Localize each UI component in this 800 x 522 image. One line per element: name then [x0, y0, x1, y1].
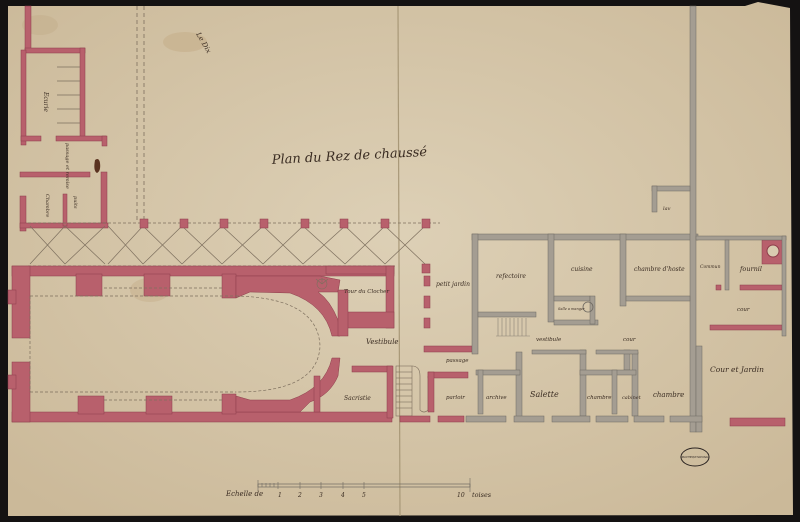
label-archive: archive: [486, 395, 507, 401]
scale-label: Echelle de: [225, 490, 263, 498]
label-vestibule-church: Vestibule: [366, 338, 399, 346]
label-puits: puits: [72, 196, 78, 209]
scale-tick-4: 4: [340, 492, 345, 499]
label-lav: lav: [663, 206, 671, 212]
label-cour-jardin: Cour et Jardin: [710, 365, 764, 374]
label-cuisine: cuisine: [571, 266, 593, 273]
floor-plan-sheet: Plan du Rez de chaussé Le Dix Ecurie pas…: [0, 0, 800, 522]
label-tour-de-clocher: Tour du Clocher: [344, 289, 389, 295]
scale-tick-5: 5: [362, 492, 366, 499]
well-icon: [767, 245, 779, 257]
label-vestibule-house: vestibule: [536, 337, 562, 343]
label-cabinet: cabinet: [622, 395, 642, 401]
label-petit-jardin: petit jardin: [436, 281, 470, 288]
scale-tick-3: 3: [319, 492, 323, 499]
label-commun: Commun: [700, 264, 721, 270]
scale-tick-10: 10: [457, 492, 465, 499]
label-passage: passage: [446, 358, 469, 364]
paper: [0, 0, 800, 522]
label-cour-2: cour: [737, 307, 750, 313]
label-chambre-1: chambre: [587, 395, 612, 401]
label-chambre-left: Chambre: [44, 194, 50, 217]
label-chambre-hote: chambre d'hoste: [634, 266, 685, 273]
label-ecurie: Ecurie: [42, 91, 49, 112]
label-fournil: fournil: [739, 265, 762, 273]
stamp-text: BIBLIOTHEQUE NATIONALE: [680, 456, 710, 459]
label-chambre-2: chambre: [653, 391, 684, 399]
label-sacristie: Sacristie: [344, 395, 371, 402]
label-salle-manger: Salle a manger: [558, 307, 585, 311]
scale-unit: toises: [472, 491, 492, 499]
label-salette: Salette: [530, 390, 559, 399]
scale-tick-2: 2: [297, 492, 302, 499]
label-refectoire: refectoire: [496, 273, 526, 280]
label-parloir: parloir: [446, 395, 465, 401]
label-cour-1: cour: [623, 337, 636, 343]
label-passage-remise: passage et remise: [64, 143, 70, 189]
scale-tick-1: 1: [278, 492, 282, 499]
